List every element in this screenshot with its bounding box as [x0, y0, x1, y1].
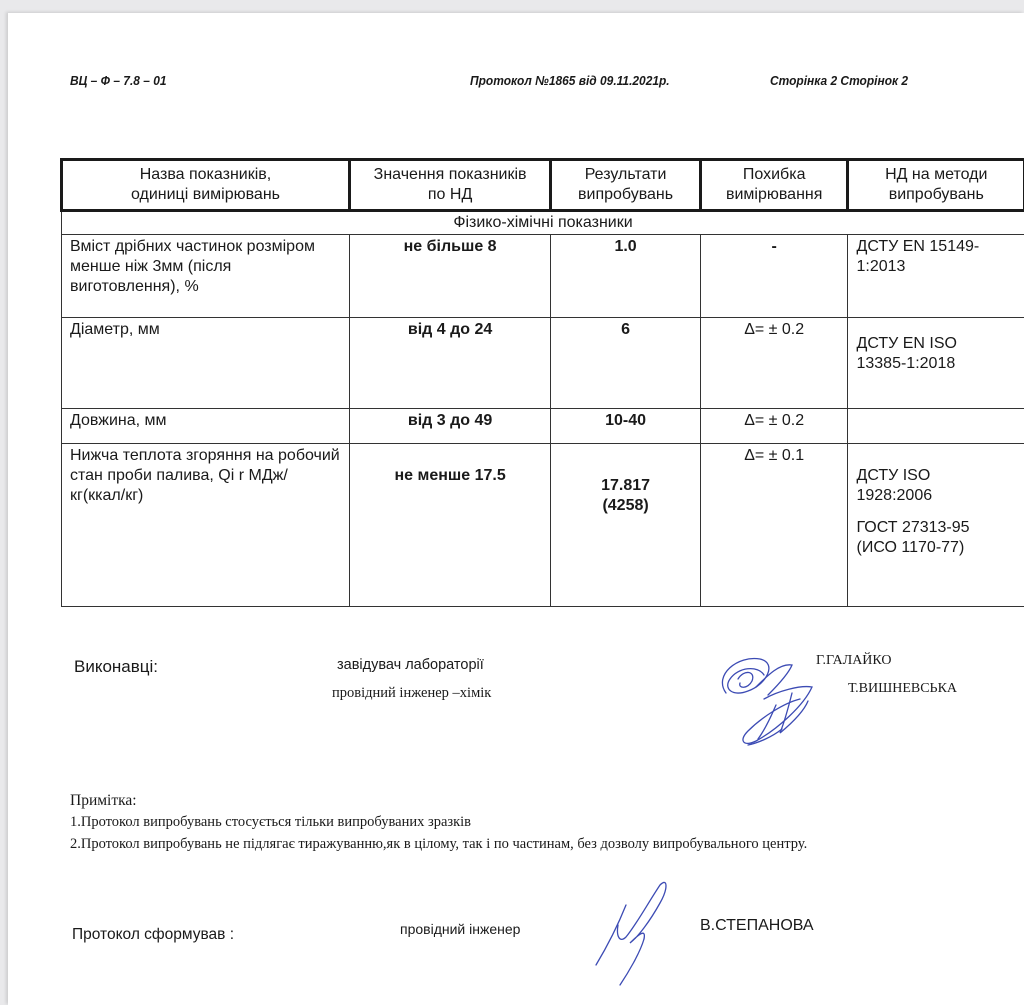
- executor-role-2: провідний інженер –хімік: [332, 685, 491, 702]
- cell-result: 10-40: [551, 409, 701, 444]
- col-header-result: Результативипробувань: [551, 160, 701, 211]
- cell-method: ДСТУ EN ISO 13385-1:2018: [848, 318, 1024, 409]
- cell-name: Довжина, мм: [62, 409, 350, 444]
- cell-error: Δ= ± 0.2: [700, 409, 848, 444]
- cell-error: -: [700, 235, 848, 318]
- compiled-by-role: провідний інженер: [400, 921, 520, 937]
- page-info: Сторінка 2 Сторінок 2: [770, 73, 908, 88]
- compiled-by-name: В.СТЕПАНОВА: [700, 917, 814, 935]
- cell-name: Нижча теплота згоряння на робочий стан п…: [62, 444, 350, 607]
- cell-norm: від 3 до 49: [349, 409, 550, 444]
- table-row: Довжина, мм від 3 до 49 10-40 Δ= ± 0.2: [62, 409, 1024, 444]
- form-code: ВЦ – Ф – 7.8 – 01: [70, 73, 167, 88]
- col-header-norm: Значення показниківпо НД: [349, 160, 550, 211]
- cell-error: Δ= ± 0.1: [700, 444, 848, 607]
- table-row: Вміст дрібних частинок розміром менше ні…: [62, 235, 1024, 318]
- document-page: ВЦ – Ф – 7.8 – 01 Протокол №1865 від 09.…: [8, 13, 1024, 1005]
- cell-name: Діаметр, мм: [62, 318, 350, 409]
- cell-method: [848, 409, 1024, 444]
- protocol-number: Протокол №1865 від 09.11.2021р.: [470, 73, 670, 88]
- cell-norm: не менше 17.5: [349, 444, 550, 607]
- compiled-by-label: Протокол сформував :: [72, 926, 234, 944]
- col-header-error: Похибкавимірювання: [700, 160, 848, 211]
- cell-method: ДСТУ EN 15149-1:2013: [848, 235, 1024, 318]
- signature-icon: [588, 873, 698, 993]
- method-text: ДСТУ EN 15149-1:2013: [856, 238, 979, 275]
- method-text: ДСТУ EN ISO 13385-1:2018: [856, 334, 996, 374]
- section-title: Фізико-хімічні показники: [62, 211, 1024, 235]
- col-header-name: Назва показників,одиниці вимірювань: [62, 160, 350, 211]
- notes-title: Примітка:: [70, 792, 137, 810]
- cell-norm: від 4 до 24: [349, 318, 550, 409]
- executor-role-1: завідувач лабораторії: [337, 657, 484, 673]
- table-row: Нижча теплота згоряння на робочий стан п…: [62, 444, 1024, 607]
- method-text: ГОСТ 27313-95 (ИСО 1170-77): [856, 518, 996, 558]
- signature-icon: [708, 645, 838, 755]
- table-header-row: Назва показників,одиниці вимірювань Знач…: [62, 160, 1024, 211]
- cell-method: ДСТУ ISO 1928:2006 ГОСТ 27313-95 (ИСО 11…: [848, 444, 1024, 607]
- cell-error: Δ= ± 0.2: [700, 318, 848, 409]
- executor-name-2: Т.ВИШНЕВСЬКА: [848, 681, 957, 697]
- cell-norm: не більше 8: [349, 235, 550, 318]
- results-table: Назва показників,одиниці вимірювань Знач…: [60, 158, 1024, 607]
- cell-result: 1.0: [551, 235, 701, 318]
- executors-label: Виконавці:: [74, 657, 158, 677]
- method-text: ДСТУ ISO 1928:2006: [856, 466, 976, 506]
- note-item: 1.Протокол випробувань стосується тільки…: [70, 814, 471, 831]
- cell-result: 6: [551, 318, 701, 409]
- cell-name: Вміст дрібних частинок розміром менше ні…: [62, 235, 350, 318]
- col-header-method: НД на методивипробувань: [848, 160, 1024, 211]
- cell-result: 17.817(4258): [551, 444, 701, 607]
- table-row: Діаметр, мм від 4 до 24 6 Δ= ± 0.2 ДСТУ …: [62, 318, 1024, 409]
- section-row: Фізико-хімічні показники: [62, 211, 1024, 235]
- note-item: 2.Протокол випробувань не підлягає тираж…: [70, 836, 807, 853]
